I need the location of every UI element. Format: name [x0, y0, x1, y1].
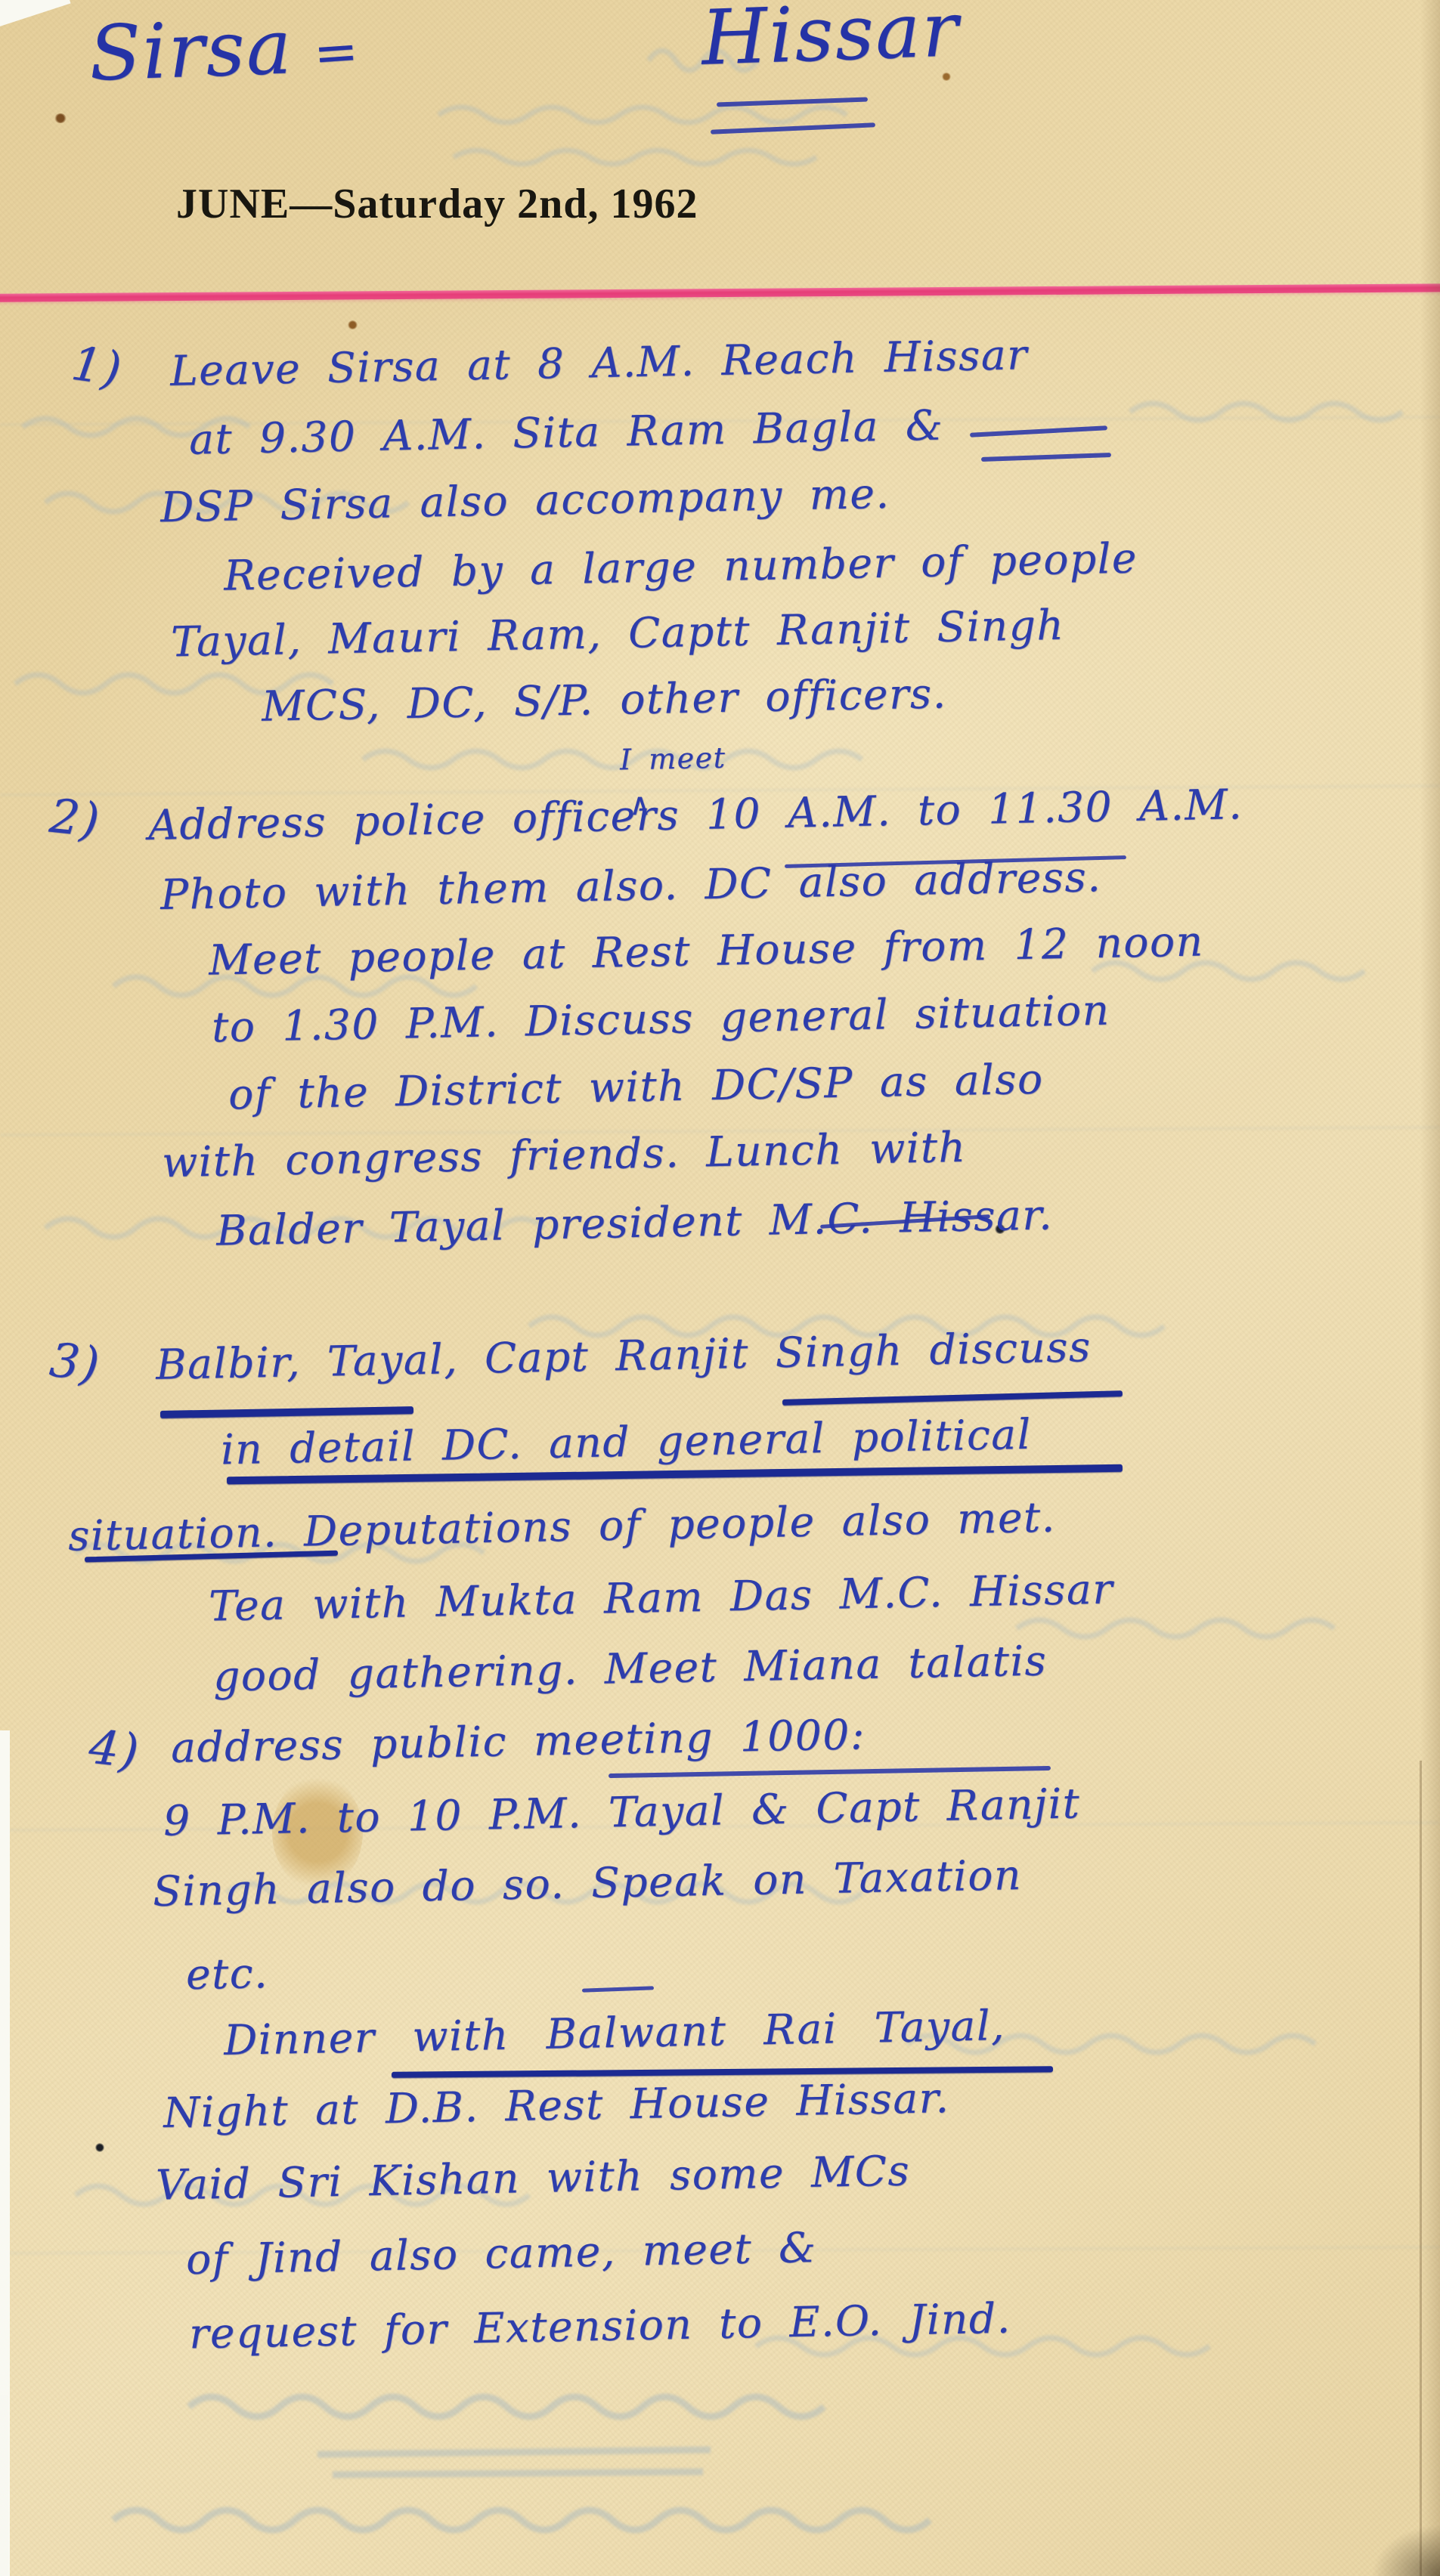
inserted-words: I meet	[620, 741, 726, 777]
title-text: Hissar	[700, 0, 961, 82]
page-edge-line	[1420, 1761, 1422, 2576]
page-edge-shadow	[1420, 0, 1440, 2576]
ink-dot-stain	[95, 2143, 104, 2152]
entry-number: 4)	[86, 1719, 142, 1780]
page-corner-shadow	[1327, 2485, 1440, 2576]
entry-number: 2)	[47, 788, 103, 849]
entry-number: 1)	[68, 336, 125, 397]
entry-number: 3)	[47, 1332, 103, 1393]
diary-line: etc.	[185, 1949, 268, 1999]
page-title-location-right: Hissar	[700, 0, 961, 82]
ink-speck-stain	[54, 113, 67, 123]
diary-page: Sirsa = Hissar JUNE—Saturday 2nd, 1962 1…	[0, 0, 1440, 2576]
printed-date: JUNE—Saturday 2nd, 1962	[176, 180, 811, 228]
page-title-location-left: Sirsa	[88, 2, 294, 97]
title-text: Sirsa	[88, 2, 294, 97]
title-dash: =	[311, 20, 361, 85]
paper-fleck-stain	[348, 320, 358, 329]
scan-edge	[0, 2395, 8, 2576]
